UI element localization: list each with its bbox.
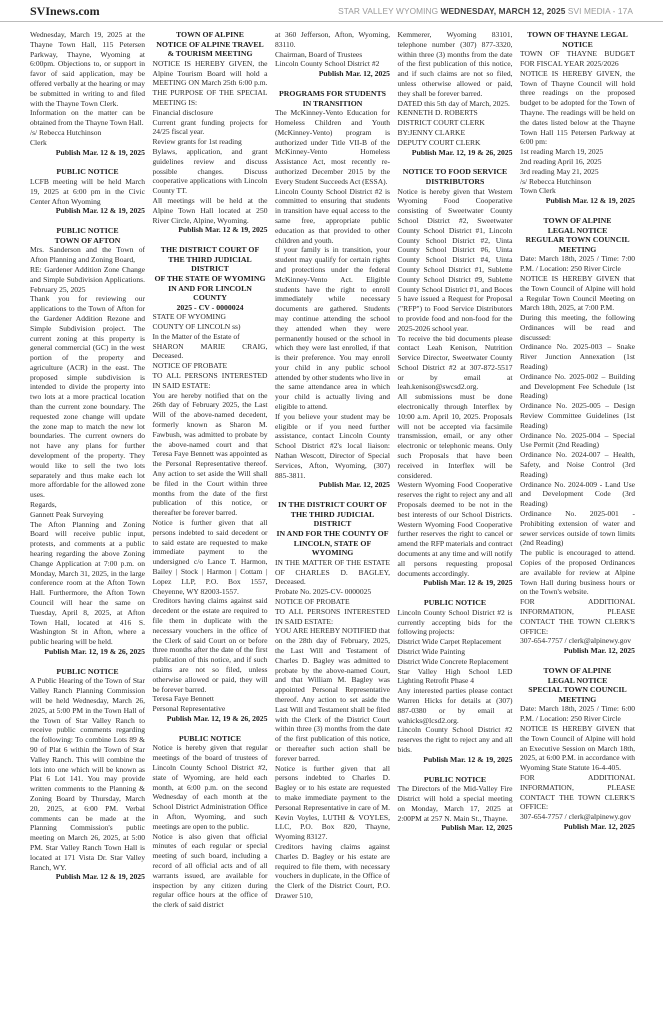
notice-paragraph: A Public Hearing of the Town of Star Val… bbox=[30, 676, 145, 872]
legal-notices-columns: Wednesday, March 19, 2025 at the Thayne … bbox=[30, 30, 635, 910]
notice-paragraph: SHARON MARIE CRAIG, Deceased. bbox=[153, 342, 268, 362]
notice-title: PUBLIC NOTICE bbox=[30, 226, 145, 236]
notice: TOWN OF ALPINENOTICE OF ALPINE TRAVEL & … bbox=[153, 30, 268, 235]
notice-paragraph: Ordinance No. 2024-007 – Health, Safety,… bbox=[520, 450, 635, 479]
issue-date: WEDNESDAY, MARCH 12, 2025 bbox=[441, 6, 566, 16]
publish-date: Publish Mar. 12 & 19, 2025 bbox=[398, 578, 513, 588]
notice-paragraph: Notice is also given that official minut… bbox=[153, 832, 268, 910]
notice-paragraph: TO ALL PERSONS INTERESTED IN SAID ESTATE… bbox=[275, 607, 390, 627]
notice-paragraph: Creditors having claims against Charles … bbox=[275, 842, 390, 901]
notice-paragraph: Ordinance No. 2025-001 - Prohibiting ext… bbox=[520, 509, 635, 548]
notice-paragraph: District Wide Concrete Replacement bbox=[398, 657, 513, 667]
page-header: SVInews.com STAR VALLEY WYOMING WEDNESDA… bbox=[0, 0, 663, 22]
notice: PUBLIC NOTICEThe Directors of the Mid-Va… bbox=[398, 775, 513, 834]
notice-title: TOWN OF THAYNE LEGAL NOTICE bbox=[520, 30, 635, 49]
notice-paragraph: /s/ Rebecca Hutchinson bbox=[30, 128, 145, 138]
publish-date: Publish Mar. 12, 2025 bbox=[520, 822, 635, 832]
publish-date: Publish Mar. 12 & 19, 2025 bbox=[30, 872, 145, 882]
notice-paragraph: KENNETH D. ROBERTS bbox=[398, 108, 513, 118]
notice-paragraph: Financial disclosure bbox=[153, 108, 268, 118]
notice-paragraph: FOR ADDITIONAL INFORMATION, PLEASE CONTA… bbox=[520, 597, 635, 636]
notice-paragraph: 307-654-7757 / clerk@alpinewy.gov bbox=[520, 636, 635, 646]
notice-paragraph: Lincoln County School District #2 reserv… bbox=[398, 725, 513, 754]
section-name: STAR VALLEY WYOMING bbox=[338, 6, 438, 16]
publish-date: Publish Mar. 12 & 19, 2025 bbox=[520, 196, 635, 206]
publish-date: Publish Mar. 12, 19 & 26, 2025 bbox=[30, 647, 145, 657]
notice-title: NOTICE OF ALPINE TRAVEL & TOURISM MEETIN… bbox=[153, 40, 268, 59]
notice-title: SPECIAL TOWN COUNCIL MEETING bbox=[520, 685, 635, 704]
notice-paragraph: DEPUTY COURT CLERK bbox=[398, 138, 513, 148]
notice-paragraph: Gannett Peak Surveying bbox=[30, 510, 145, 520]
notice-paragraph: Ordinance No. 2025-005 – Design Review C… bbox=[520, 401, 635, 430]
notice-paragraph: The Afton Planning and Zoning Board will… bbox=[30, 520, 145, 647]
column-5: TOWN OF THAYNE LEGAL NOTICETOWN OF THAYN… bbox=[520, 30, 635, 910]
notice-paragraph: Probate No. 2025-CV- 0000025 bbox=[275, 587, 390, 597]
notice-paragraph: Ordinance No. 2025-002 – Building and De… bbox=[520, 372, 635, 401]
page-info: STAR VALLEY WYOMING WEDNESDAY, MARCH 12,… bbox=[338, 6, 633, 16]
notice-paragraph: All meetings will be held at the Alpine … bbox=[153, 196, 268, 225]
column-3: at 360 Jefferson, Afton, Wyoming, 83110.… bbox=[275, 30, 390, 910]
notice-paragraph: Notice is further given that all persons… bbox=[275, 764, 390, 842]
page-number: SVI MEDIA - 17A bbox=[568, 6, 633, 16]
notice-title: TOWN OF ALPINE bbox=[153, 30, 268, 40]
notice-paragraph: Review grants for 1st reading bbox=[153, 137, 268, 147]
notice-paragraph: In the Matter of the Estate of bbox=[153, 332, 268, 342]
notice-paragraph: Ordinance No. 2025-003 – Snake River Jun… bbox=[520, 342, 635, 371]
notice-paragraph: Date: March 18th, 2025 / Time: 6:00 P.M.… bbox=[520, 704, 635, 724]
notice-paragraph: TO ALL PERSONS INTERESTED IN SAID ESTATE… bbox=[153, 371, 268, 391]
notice-title: OF THE STATE OF WYOMING IN AND FOR LINCO… bbox=[153, 274, 268, 303]
publish-date: Publish Mar. 12, 2025 bbox=[520, 646, 635, 656]
notice-paragraph: 307-654-7757 / clerk@alpinewy.gov bbox=[520, 812, 635, 822]
notice-title: TOWN OF AFTON bbox=[30, 236, 145, 246]
notice-title: IN THE DISTRICT COURT OF THE THIRD JUDIC… bbox=[275, 500, 390, 529]
publish-date: Publish Mar. 12, 19 & 26, 2025 bbox=[153, 714, 268, 724]
notice-paragraph: Creditors having claims against said dec… bbox=[153, 596, 268, 694]
notice-paragraph: Information on the matter can be obtaine… bbox=[30, 108, 145, 128]
site-name: SVInews.com bbox=[30, 4, 100, 19]
notice: PUBLIC NOTICELincoln County School Distr… bbox=[398, 598, 513, 764]
notice: at 360 Jefferson, Afton, Wyoming, 83110.… bbox=[275, 30, 390, 79]
notice-title: TOWN OF ALPINE bbox=[520, 216, 635, 226]
notice-paragraph: NOTICE OF PROBATE bbox=[153, 361, 268, 371]
notice-title: PUBLIC NOTICE bbox=[398, 598, 513, 608]
notice-paragraph: Town Clerk bbox=[520, 186, 635, 196]
notice-title: LEGAL NOTICE bbox=[520, 226, 635, 236]
notice-paragraph: Regards, bbox=[30, 500, 145, 510]
notice-paragraph: NOTICE IS HEREBY GIVEN, the Town of Thay… bbox=[520, 69, 635, 147]
notice-paragraph: Wednesday, March 19, 2025 at the Thayne … bbox=[30, 30, 145, 108]
notice-paragraph: If you believe your student may be eligi… bbox=[275, 412, 390, 481]
notice-paragraph: District Wide Carpet Replacement bbox=[398, 637, 513, 647]
notice-paragraph: The McKinney-Vento Education for Homeles… bbox=[275, 108, 390, 186]
notice-paragraph: Lincoln County School District #2 is cur… bbox=[398, 608, 513, 637]
publish-date: Publish Mar. 12, 2025 bbox=[398, 823, 513, 833]
notice-paragraph: LCFB meeting will be held March 19, 2025… bbox=[30, 177, 145, 206]
notice-paragraph: Western Wyoming Food Cooperative reserve… bbox=[398, 480, 513, 578]
notice-paragraph: Date: March 18th, 2025 / Time: 7:00 P.M.… bbox=[520, 254, 635, 274]
notice-title: PUBLIC NOTICE bbox=[30, 667, 145, 677]
notice-paragraph: Notice is hereby given that Western Wyom… bbox=[398, 187, 513, 334]
notice-title: PUBLIC NOTICE bbox=[153, 734, 268, 744]
notice-paragraph: Lincoln County School District #2 is com… bbox=[275, 187, 390, 246]
notice-paragraph: The Directors of the Mid-Valley Fire Dis… bbox=[398, 784, 513, 823]
notice-paragraph: /s/ Rebecca Hutchinson bbox=[520, 177, 635, 187]
notice-paragraph: Personal Representative bbox=[153, 704, 268, 714]
notice-paragraph: Bylaws, application, and grant guideline… bbox=[153, 147, 268, 196]
notice-paragraph: During this meeting, the following Ordin… bbox=[520, 313, 635, 342]
notice: PUBLIC NOTICEA Public Hearing of the Tow… bbox=[30, 667, 145, 882]
notice-paragraph: TOWN OF THAYNE BUDGET FOR FISCAL YEAR 20… bbox=[520, 49, 635, 69]
notice-paragraph: IN THE MATTER OF THE ESTATE OF CHARLES D… bbox=[275, 558, 390, 587]
notice-paragraph: Star Valley High School LED Lighting Ret… bbox=[398, 667, 513, 687]
notice-title: PROGRAMS FOR STUDENTS IN TRANSITION bbox=[275, 89, 390, 108]
notice-paragraph: Ordinance No. 2024-009 - Land Use and De… bbox=[520, 480, 635, 509]
notice-paragraph: YOU ARE HEREBY NOTIFIED that on the 28th… bbox=[275, 626, 390, 763]
publish-date: Publish Mar. 12 & 19, 2025 bbox=[30, 206, 145, 216]
notice-title: IN AND FOR THE COUNTY OF LINCOLN, STATE … bbox=[275, 529, 390, 558]
notice-paragraph: Ordinance No. 2025-004 – Special Use Per… bbox=[520, 431, 635, 451]
notice: Kemmerer, Wyoming 83101, telephone numbe… bbox=[398, 30, 513, 157]
notice: IN THE DISTRICT COURT OF THE THIRD JUDIC… bbox=[275, 500, 390, 900]
notice-paragraph: To receive the bid documents please cont… bbox=[398, 334, 513, 393]
notice-paragraph: Kemmerer, Wyoming 83101, telephone numbe… bbox=[398, 30, 513, 99]
publish-date: Publish Mar. 12 & 19, 2025 bbox=[398, 755, 513, 765]
notice-paragraph: You are hereby notified that on the 26th… bbox=[153, 391, 268, 518]
notice-title: PUBLIC NOTICE bbox=[30, 167, 145, 177]
notice-paragraph: 2nd reading April 16, 2025 bbox=[520, 157, 635, 167]
notice-paragraph: Clerk bbox=[30, 138, 145, 148]
notice-paragraph: Current grant funding projects for 24/25… bbox=[153, 118, 268, 138]
notice-paragraph: at 360 Jefferson, Afton, Wyoming, 83110. bbox=[275, 30, 390, 50]
notice-title: NOTICE TO FOOD SERVICE DISTRIBUTORS bbox=[398, 167, 513, 186]
notice-paragraph: COUNTY OF LINCOLN ss) bbox=[153, 322, 268, 332]
notice-paragraph: BY:JENNY CLARKE bbox=[398, 128, 513, 138]
notice-paragraph: Thank you for reviewing our applications… bbox=[30, 294, 145, 500]
publish-date: Publish Mar. 12 & 19, 2025 bbox=[30, 148, 145, 158]
notice-paragraph: NOTICE IS HEREBY GIVEN that the Town Cou… bbox=[520, 724, 635, 773]
publish-date: Publish Mar. 12, 2025 bbox=[275, 69, 390, 79]
column-1: Wednesday, March 19, 2025 at the Thayne … bbox=[30, 30, 145, 910]
notice: TOWN OF ALPINELEGAL NOTICEREGULAR TOWN C… bbox=[520, 216, 635, 656]
notice-paragraph: DATED this 5th day of March, 2025. bbox=[398, 99, 513, 109]
notice-paragraph: Chairman, Board of Trustees bbox=[275, 50, 390, 60]
notice-paragraph: DISTRICT COURT CLERK bbox=[398, 118, 513, 128]
notice-paragraph: RE: Gardener Addition Zone Change and Si… bbox=[30, 265, 145, 294]
notice: PUBLIC NOTICETOWN OF AFTONMrs. Sanderson… bbox=[30, 226, 145, 657]
column-2: TOWN OF ALPINENOTICE OF ALPINE TRAVEL & … bbox=[153, 30, 268, 910]
notice-title: 2025 - CV - 0000024 bbox=[153, 303, 268, 313]
notice-paragraph: NOTICE OF PROBATE bbox=[275, 597, 390, 607]
notice-paragraph: 3rd reading May 21, 2025 bbox=[520, 167, 635, 177]
notice-title: LEGAL NOTICE bbox=[520, 676, 635, 686]
publish-date: Publish Mar. 12 & 19, 2025 bbox=[153, 225, 268, 235]
notice-paragraph: District Wide Painting bbox=[398, 647, 513, 657]
notice: TOWN OF THAYNE LEGAL NOTICETOWN OF THAYN… bbox=[520, 30, 635, 206]
notice-paragraph: Notice is hereby given that regular meet… bbox=[153, 743, 268, 831]
notice: NOTICE TO FOOD SERVICE DISTRIBUTORSNotic… bbox=[398, 167, 513, 588]
column-4: Kemmerer, Wyoming 83101, telephone numbe… bbox=[398, 30, 513, 910]
notice-paragraph: NOTICE IS HEREBY GIVEN, the Alpine Touri… bbox=[153, 59, 268, 108]
notice-paragraph: STATE OF WYOMING bbox=[153, 312, 268, 322]
notice-paragraph: Notice is further given that all persons… bbox=[153, 518, 268, 596]
notice-paragraph: NOTICE IS HEREBY GIVEN that the Town Cou… bbox=[520, 274, 635, 313]
publish-date: Publish Mar. 12, 2025 bbox=[275, 480, 390, 490]
notice-paragraph: FOR ADDITIONAL INFORMATION, PLEASE CONTA… bbox=[520, 773, 635, 812]
notice-title: REGULAR TOWN COUNCIL MEETING bbox=[520, 235, 635, 254]
notice-title: THE DISTRICT COURT OF THE THIRD JUDICIAL… bbox=[153, 245, 268, 274]
notice-paragraph: Teresa Faye Bennett bbox=[153, 694, 268, 704]
notice-paragraph: All submissions must be done electronica… bbox=[398, 392, 513, 480]
notice: PUBLIC NOTICELCFB meeting will be held M… bbox=[30, 167, 145, 216]
notice: TOWN OF ALPINELEGAL NOTICESPECIAL TOWN C… bbox=[520, 666, 635, 832]
notice-paragraph: Lincoln County School District #2 bbox=[275, 59, 390, 69]
notice-title: PUBLIC NOTICE bbox=[398, 775, 513, 785]
notice-paragraph: 1st reading March 19, 2025 bbox=[520, 147, 635, 157]
notice-paragraph: If your family is in transition, your st… bbox=[275, 245, 390, 412]
notice: PUBLIC NOTICENotice is hereby given that… bbox=[153, 734, 268, 910]
notice-title: TOWN OF ALPINE bbox=[520, 666, 635, 676]
publish-date: Publish Mar. 12, 19 & 26, 2025 bbox=[398, 148, 513, 158]
notice-paragraph: The public is encouraged to attend. Copi… bbox=[520, 548, 635, 597]
notice: PROGRAMS FOR STUDENTS IN TRANSITIONThe M… bbox=[275, 89, 390, 490]
notice-paragraph: Any interested parties please contact Wa… bbox=[398, 686, 513, 725]
notice-paragraph: Mrs. Sanderson and the Town of Afton Pla… bbox=[30, 245, 145, 265]
notice: Wednesday, March 19, 2025 at the Thayne … bbox=[30, 30, 145, 157]
notice: THE DISTRICT COURT OF THE THIRD JUDICIAL… bbox=[153, 245, 268, 724]
